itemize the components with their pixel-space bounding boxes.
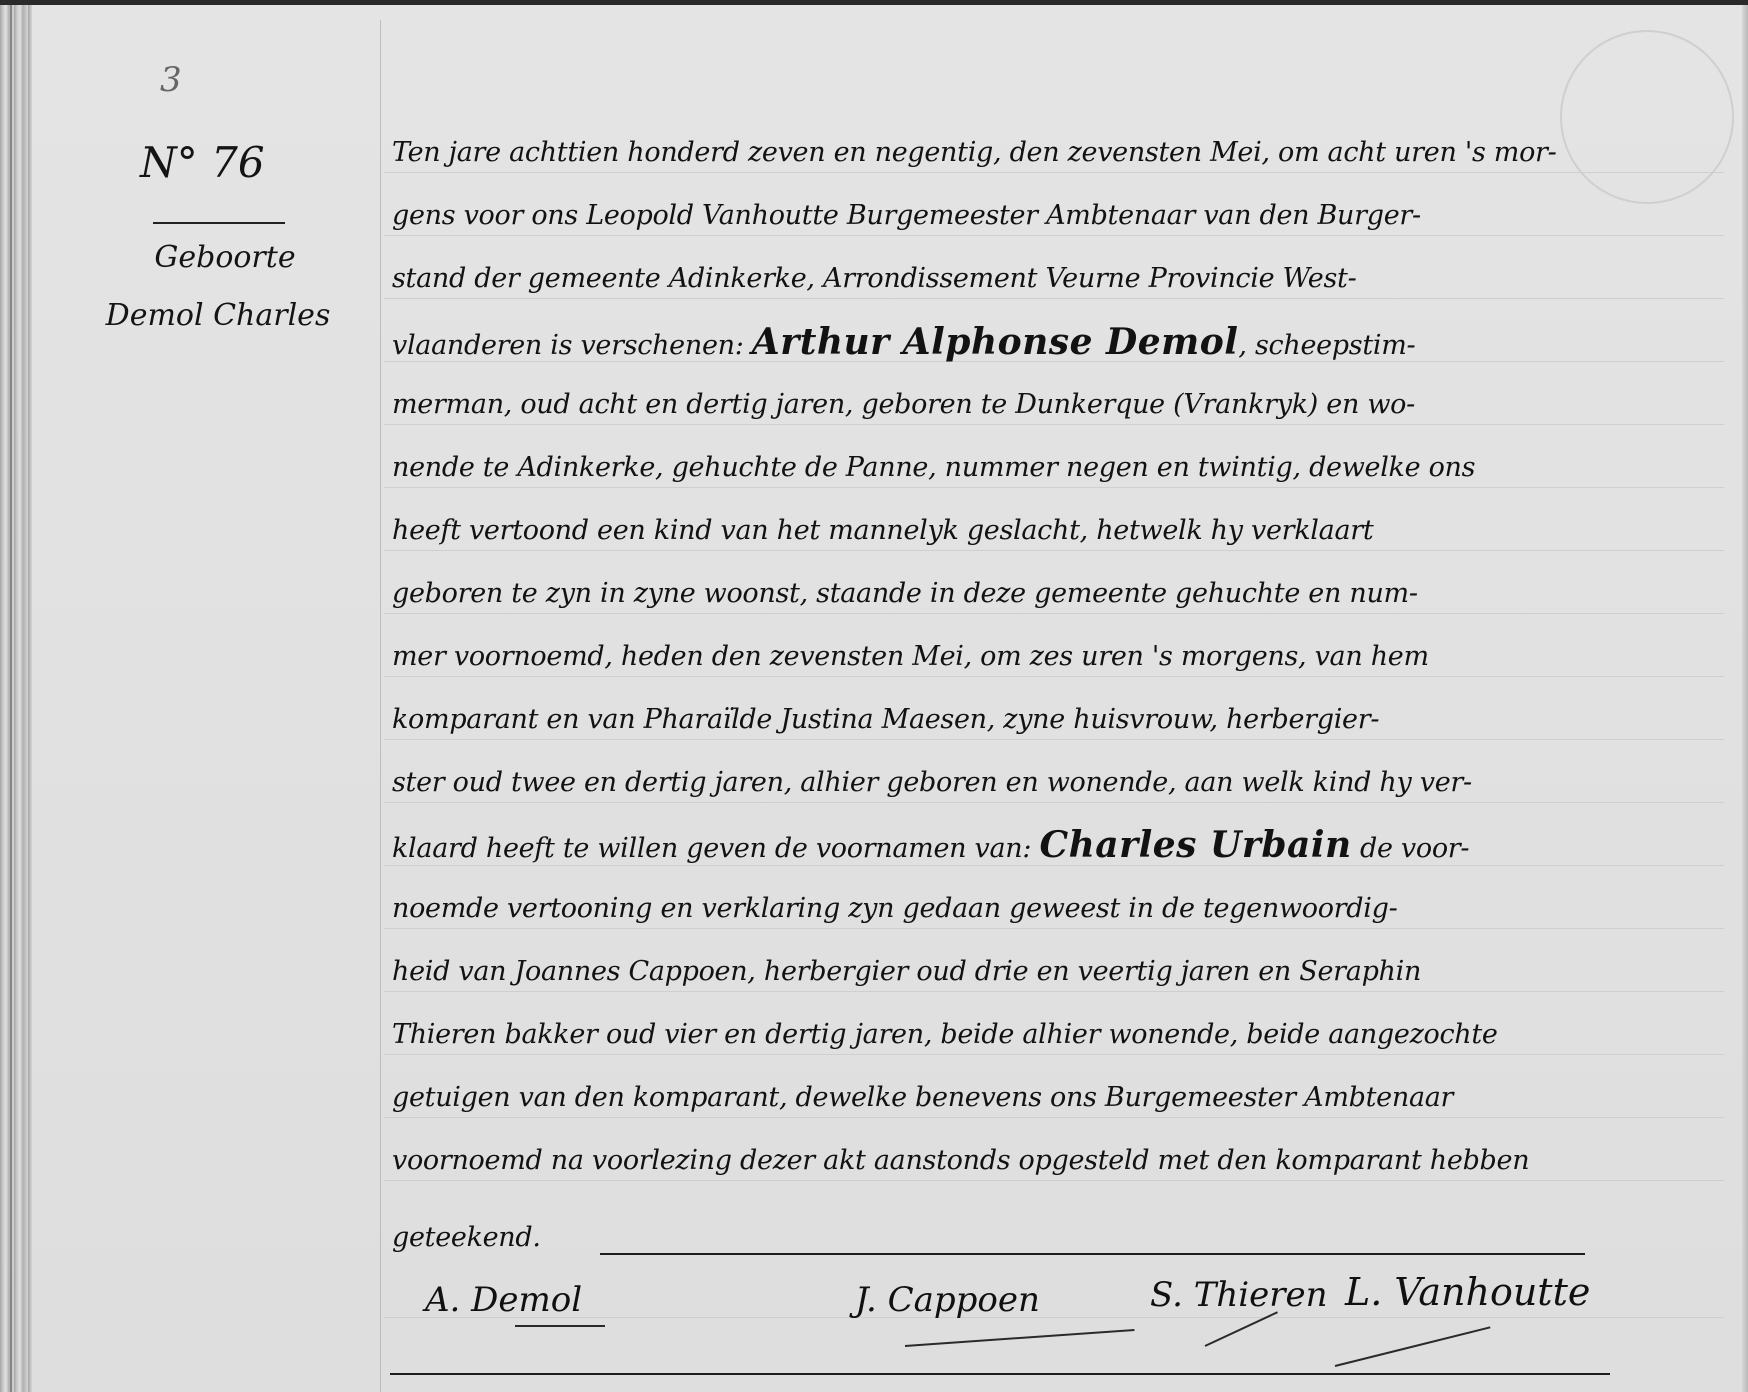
body-line-3: stand der gemeente Adinkerke, Arrondisse… bbox=[392, 263, 1712, 294]
body-line-6: nende te Adinkerke, gehuchte de Panne, n… bbox=[392, 452, 1712, 483]
record-number-underline bbox=[153, 222, 285, 224]
body-line-14: heid van Joannes Cappoen, herbergier oud… bbox=[392, 956, 1712, 987]
body-line-9: mer voornoemd, heden den zevensten Mei, … bbox=[392, 641, 1712, 672]
signature-underline bbox=[515, 1325, 605, 1327]
ruled-line bbox=[384, 1054, 1724, 1055]
book-binding-edge bbox=[0, 5, 32, 1392]
body-line-7: heeft vertoond een kind van het mannelyk… bbox=[392, 515, 1712, 546]
signature-mayor: L. Vanhoutte bbox=[1345, 1270, 1590, 1314]
ruled-line bbox=[384, 739, 1724, 740]
body-line-16: getuigen van den komparant, dewelke bene… bbox=[392, 1082, 1712, 1113]
ruled-line bbox=[384, 991, 1724, 992]
body-line-2: gens voor ons Leopold Vanhoutte Burgemee… bbox=[392, 200, 1712, 231]
signature-flourish bbox=[905, 1329, 1135, 1347]
body-text: , scheepstim- bbox=[1238, 330, 1415, 361]
body-line-17: voornoemd na voorlezing dezer akt aansto… bbox=[392, 1145, 1712, 1176]
ruled-line bbox=[384, 172, 1724, 173]
ruled-line bbox=[384, 1117, 1724, 1118]
ruled-line bbox=[384, 487, 1724, 488]
body-text: klaard heeft te willen geven de voorname… bbox=[392, 833, 1039, 864]
body-line-12: klaard heeft te willen geven de voorname… bbox=[392, 824, 1712, 866]
body-line-13: noemde vertooning en verklaring zyn geda… bbox=[392, 893, 1712, 924]
body-line-4: vlaanderen is verschenen: Arthur Alphons… bbox=[392, 321, 1712, 363]
body-line-5: merman, oud acht en dertig jaren, gebore… bbox=[392, 389, 1712, 420]
registrant-name: Demol Charles bbox=[78, 298, 358, 333]
ruled-line bbox=[384, 424, 1724, 425]
signature-witness-1: J. Cappoen bbox=[855, 1280, 1040, 1320]
ruled-line bbox=[384, 613, 1724, 614]
margin-divider-line bbox=[380, 20, 381, 1392]
body-line-15: Thieren bakker oud vier en dertig jaren,… bbox=[392, 1019, 1712, 1050]
body-line-10: komparant en van Pharaïlde Justina Maese… bbox=[392, 704, 1712, 735]
closing-line bbox=[600, 1253, 1585, 1255]
page-top-edge bbox=[0, 0, 1748, 5]
body-line-18: geteekend. bbox=[392, 1222, 1712, 1253]
signature-witness-2: S. Thieren bbox=[1150, 1275, 1328, 1315]
body-line-1: Ten jare achttien honderd zeven en negen… bbox=[392, 137, 1712, 168]
ruled-line bbox=[384, 550, 1724, 551]
body-line-8: geboren te zyn in zyne woonst, staande i… bbox=[392, 578, 1712, 609]
ruled-line bbox=[384, 928, 1724, 929]
body-text: vlaanderen is verschenen: bbox=[392, 330, 752, 361]
body-text: de voor- bbox=[1352, 833, 1470, 864]
signature-flourish bbox=[1335, 1326, 1491, 1367]
signature-father: A. Demol bbox=[425, 1280, 582, 1320]
ruled-line bbox=[384, 1317, 1724, 1318]
father-name: Arthur Alphonse Demol bbox=[752, 321, 1239, 363]
child-name: Charles Urbain bbox=[1039, 824, 1351, 866]
record-number: N° 76 bbox=[140, 138, 300, 187]
margin-mark: 3 bbox=[160, 60, 182, 100]
ruled-line bbox=[384, 676, 1724, 677]
ruled-line bbox=[384, 298, 1724, 299]
ruled-line bbox=[384, 235, 1724, 236]
record-type-heading: Geboorte bbox=[140, 240, 310, 275]
page-right-edge bbox=[1742, 5, 1748, 1392]
bottom-line bbox=[390, 1373, 1610, 1375]
document-page: 3 N° 76 Geboorte Demol Charles Ten jare … bbox=[0, 0, 1748, 1392]
faded-stamp-icon bbox=[1560, 30, 1734, 204]
body-line-11: ster oud twee en dertig jaren, alhier ge… bbox=[392, 767, 1712, 798]
ruled-line bbox=[384, 1180, 1724, 1181]
ruled-line bbox=[384, 802, 1724, 803]
